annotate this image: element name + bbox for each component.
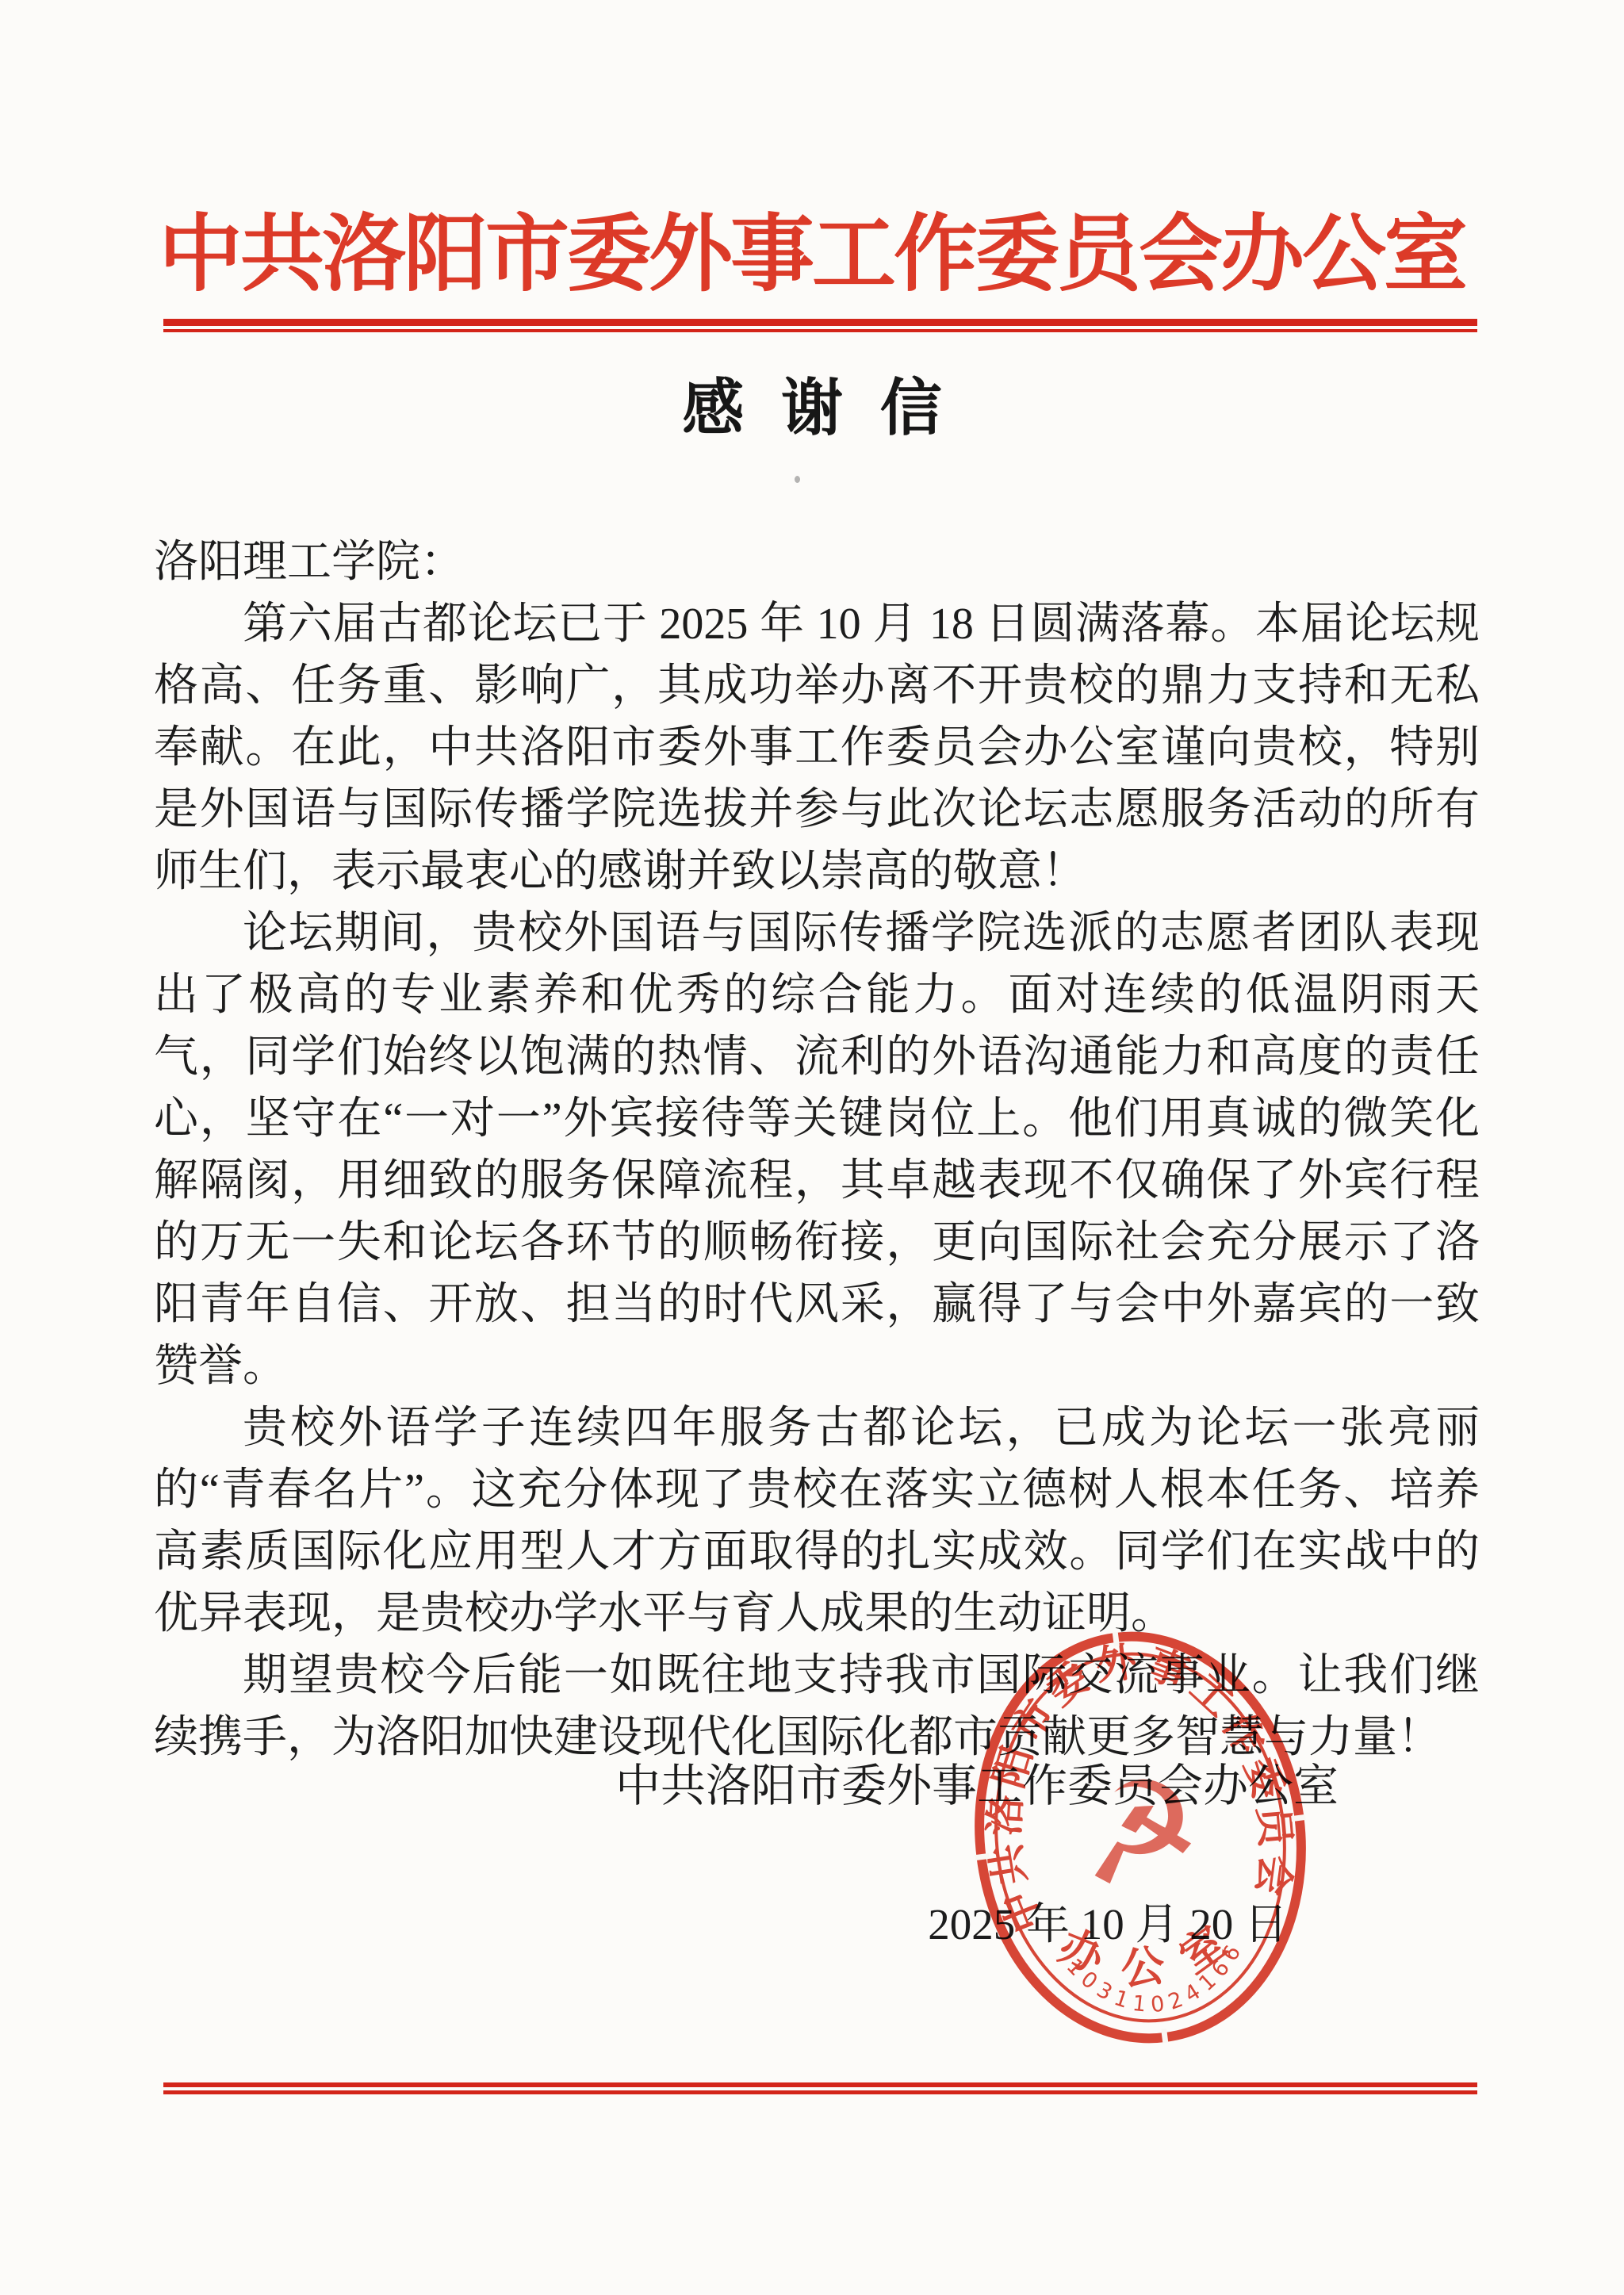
seal-notch-right	[1292, 1817, 1306, 1818]
footer-divider	[163, 2082, 1477, 2094]
letterhead-title: 中共洛阳市委外事工作委员会办公室	[0, 187, 1624, 308]
scan-speck	[795, 476, 800, 483]
paragraph-3: 贵校外语学子连续四年服务古都论坛，已成为论坛一张亮丽的“青春名片”。这充分体现了…	[154, 1397, 1480, 1645]
paragraph-2: 论坛期间，贵校外国语与国际传播学院选派的志愿者团队表现出了极高的专业素养和优秀的…	[154, 902, 1480, 1397]
official-seal: 中共洛阳市委外事工作委员会 ☭ 办公室 4103110241665	[950, 1611, 1331, 2063]
paragraph-1: 第六届古都论坛已于 2025 年 10 月 18 日圆满落幕。本届论坛规格高、任…	[154, 593, 1480, 902]
letter-body: 洛阳理工学院： 第六届古都论坛已于 2025 年 10 月 18 日圆满落幕。本…	[154, 531, 1480, 1768]
seal-notch-left	[975, 1856, 990, 1857]
document-title: 感谢信	[0, 358, 1624, 447]
header-divider-thin-line	[163, 329, 1477, 332]
footer-divider-thin-line	[163, 2090, 1477, 2094]
seal-notch-top	[1115, 1632, 1116, 1646]
letter-page: 中共洛阳市委外事工作委员会办公室 感谢信 洛阳理工学院： 第六届古都论坛已于 2…	[0, 0, 1624, 2295]
header-divider-thick-line	[163, 319, 1477, 326]
salutation: 洛阳理工学院：	[154, 531, 1480, 593]
seal-notch-bottom	[1164, 2029, 1166, 2043]
hammer-sickle-icon: ☭	[1069, 1745, 1210, 1918]
header-divider	[163, 319, 1477, 332]
